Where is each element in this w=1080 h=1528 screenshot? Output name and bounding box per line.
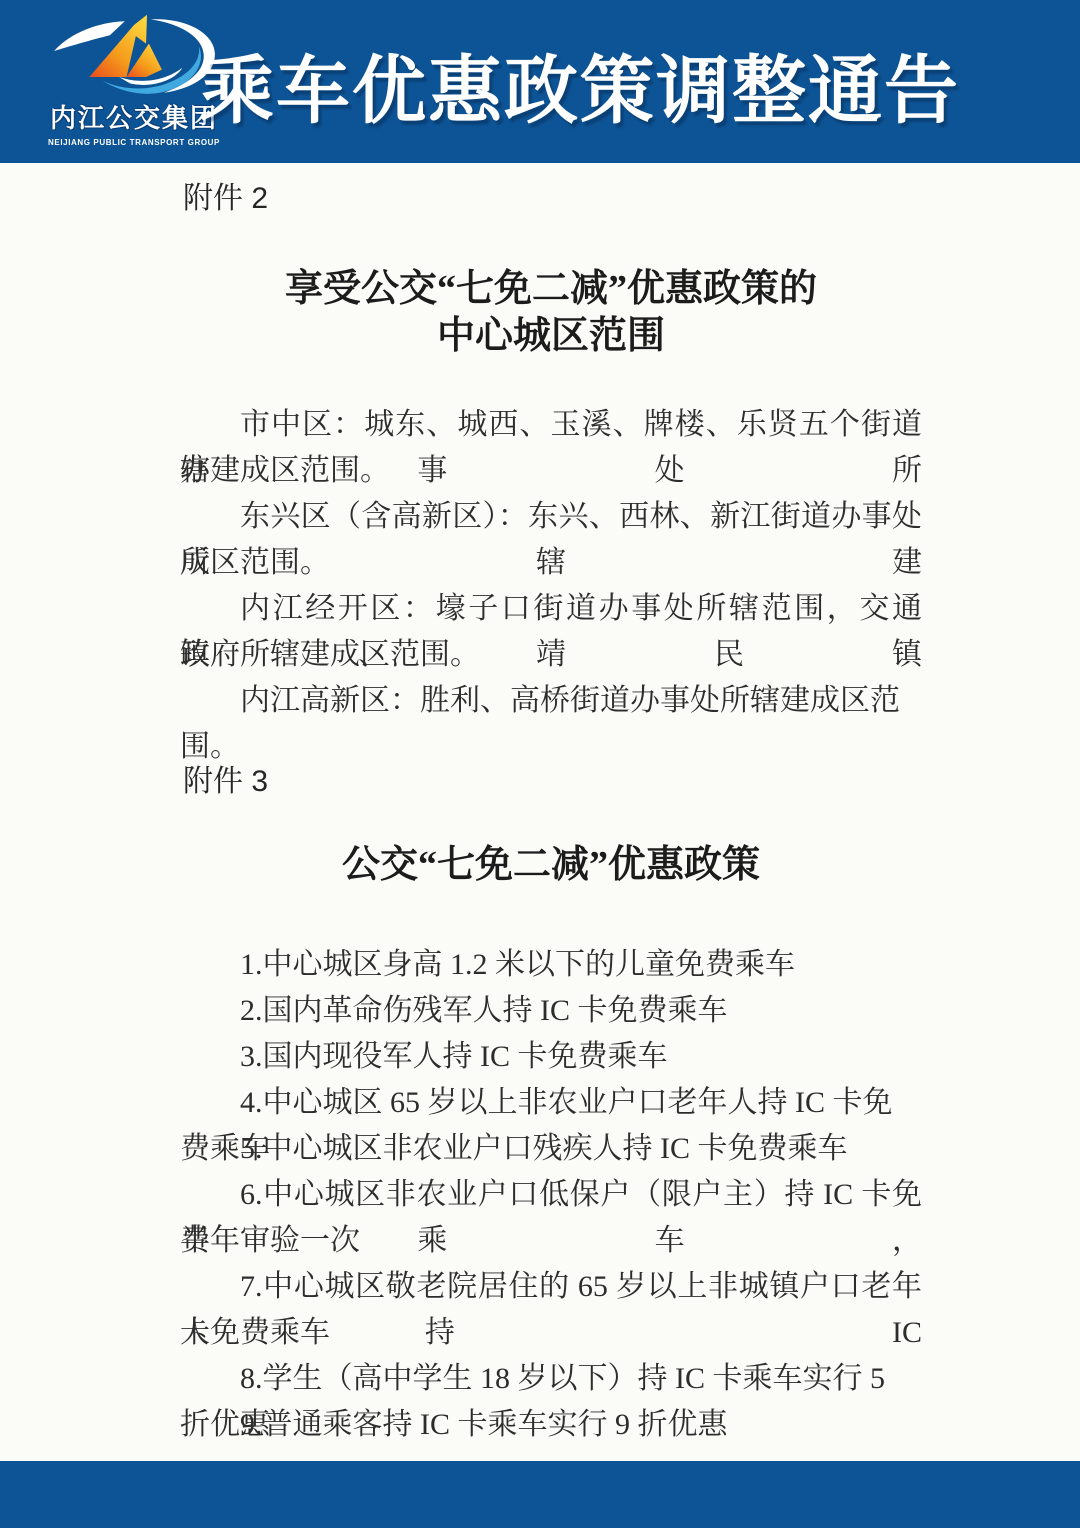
paragraph-line: 内江高新区：胜利、高桥街道办事处所辖建成区范围。	[180, 678, 922, 724]
policy-item-line: 4.中心城区 65 岁以上非农业户口老年人持 IC 卡免费乘车	[180, 1080, 922, 1126]
policy-item-line: 5.中心城区非农业户口残疾人持 IC 卡免费乘车	[180, 1126, 922, 1172]
policy-item-line: 8.学生（高中学生 18 岁以下）持 IC 卡乘车实行 5 折优惠	[180, 1356, 922, 1402]
attachment2-label: 附件 2	[183, 183, 583, 215]
policy-item-line: 6.中心城区非农业户口低保户（限户主）持 IC 卡免费乘车，	[180, 1172, 922, 1218]
attachment2-title-line1: 享受公交“七免二减”优惠政策的	[180, 266, 922, 313]
attachment3-title: 公交“七免二减”优惠政策	[180, 842, 922, 888]
paragraph-line: 市中区：城东、城西、玉溪、牌楼、乐贤五个街道办事处所	[180, 402, 922, 448]
policy-item-line: 7.中心城区敬老院居住的 65 岁以上非城镇户口老年人持 IC	[180, 1264, 922, 1310]
header-banner: 内江公交集团 NEIJIANG PUBLIC TRANSPORT GROUP 乘…	[0, 0, 1080, 163]
attachment2-title-line2: 中心城区范围	[180, 313, 922, 360]
notice-page: 内江公交集团 NEIJIANG PUBLIC TRANSPORT GROUP 乘…	[0, 0, 1080, 1528]
district-scope-paragraphs: 市中区：城东、城西、玉溪、牌楼、乐贤五个街道办事处所 辖建成区范围。 东兴区（含…	[180, 402, 922, 724]
policy-item-line: 2.国内革命伤残军人持 IC 卡免费乘车	[180, 988, 922, 1034]
footer-bar	[0, 1461, 1080, 1528]
policy-item-line: 3.国内现役军人持 IC 卡免费乘车	[180, 1034, 922, 1080]
paragraph-line: 东兴区（含高新区）：东兴、西林、新江街道办事处所辖建	[180, 494, 922, 540]
banner-title: 乘车优惠政策调整通告	[180, 30, 980, 140]
policy-items-list: 1.中心城区身高 1.2 米以下的儿童免费乘车 2.国内革命伤残军人持 IC 卡…	[180, 942, 922, 1448]
attachment2-title: 享受公交“七免二减”优惠政策的 中心城区范围	[180, 266, 922, 360]
policy-item-line: 1.中心城区身高 1.2 米以下的儿童免费乘车	[180, 942, 922, 988]
policy-item-line: 9.普通乘客持 IC 卡乘车实行 9 折优惠	[180, 1402, 922, 1448]
paragraph-line: 内江经开区：壕子口街道办事处所辖范围，交通镇、靖民镇	[180, 586, 922, 632]
attachment3-label: 附件 3	[183, 766, 583, 798]
